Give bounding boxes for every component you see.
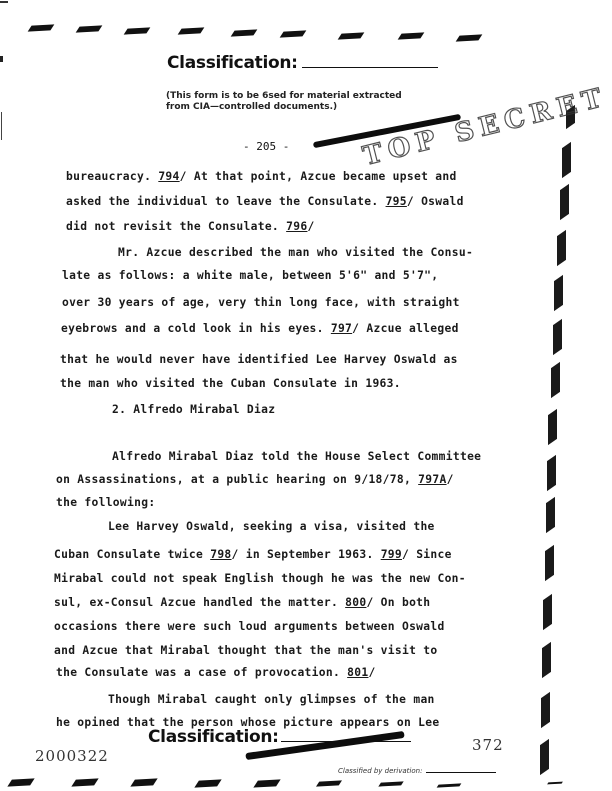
line-text: did not revisit the Consulate.: [66, 220, 286, 233]
body-line: Mirabal could not speak English though h…: [54, 572, 466, 585]
edge-mark: [178, 27, 205, 34]
line-text: / On both: [366, 596, 430, 609]
edge-mark: [557, 230, 566, 266]
edge-mark: [548, 409, 557, 445]
body-line: Cuban Consulate twice 798/ in September …: [54, 548, 452, 561]
line-text: sul, ex-Consul Azcue handled the matter.: [54, 596, 345, 609]
edge-mark: [194, 779, 221, 787]
line-text: 2. Alfredo Mirabal Diaz: [112, 403, 275, 416]
classification-label: Classification:: [167, 53, 298, 73]
line-text: occasions there were such loud arguments…: [54, 620, 445, 633]
body-line: late as follows: a white male, between 5…: [62, 269, 438, 282]
edge-mark: [554, 275, 563, 311]
edge-mark: [542, 642, 551, 678]
form-note: (This form is to be 6sed for material ex…: [166, 91, 402, 113]
footnote-ref: 797A: [418, 473, 446, 486]
footnote-ref: 801: [347, 666, 368, 679]
body-line: the man who visited the Cuban Consulate …: [60, 377, 401, 390]
edge-mark: [437, 783, 462, 787]
edge-mark: [560, 184, 569, 220]
edge-mark: [7, 778, 34, 786]
footnote-ref: 797: [331, 322, 352, 335]
footnote-ref: 796: [286, 220, 307, 233]
edge-mark: [547, 455, 556, 491]
line-text: Though Mirabal caught only glimpses of t…: [108, 693, 435, 706]
line-text: on Assassinations, at a public hearing o…: [56, 473, 418, 486]
edge-speck: [1, 112, 2, 140]
line-text: Lee Harvey Oswald, seeking a visa, visit…: [108, 520, 435, 533]
form-note-line-2: from CIA—controlled documents.): [166, 102, 402, 113]
classification-header: Classification:: [167, 53, 438, 73]
line-text: late as follows: a white male, between 5…: [62, 269, 438, 282]
edge-mark: [547, 782, 563, 785]
body-line: the following:: [56, 496, 155, 509]
edge-speck: [0, 1, 8, 3]
edge-mark: [562, 142, 571, 178]
page-number: - 205 -: [243, 140, 289, 153]
line-text: / At that point, Azcue became upset and: [180, 170, 457, 183]
edge-mark: [541, 692, 550, 728]
edge-mark: [231, 29, 258, 36]
line-text: the following:: [56, 496, 155, 509]
line-text: Mirabal could not speak English though h…: [54, 572, 466, 585]
line-text: bureaucracy.: [66, 170, 158, 183]
derivation-note: Classified by derivation:: [338, 767, 496, 775]
line-text: and Azcue that Mirabal thought that the …: [54, 644, 437, 657]
footnote-ref: 800: [345, 596, 366, 609]
body-line: 2. Alfredo Mirabal Diaz: [60, 403, 275, 416]
footnote-ref: 794: [158, 170, 179, 183]
body-line: did not revisit the Consulate. 796/: [66, 220, 315, 233]
line-text: Mr. Azcue described the man who visited …: [118, 246, 473, 259]
footnote-ref: 799: [381, 548, 402, 561]
body-line: and Azcue that Mirabal thought that the …: [54, 644, 437, 657]
body-line: bureaucracy. 794/ At that point, Azcue b…: [66, 170, 457, 183]
edge-mark: [545, 545, 554, 581]
edge-mark: [280, 30, 307, 37]
line-text: / in September 1963.: [232, 548, 381, 561]
body-line: asked the individual to leave the Consul…: [66, 195, 464, 208]
derivation-blank: [426, 771, 496, 773]
line-text: the Consulate was a case of provocation.: [56, 666, 347, 679]
form-note-line-1: (This form is to be 6sed for material ex…: [166, 91, 402, 102]
classification-label: Classification:: [148, 727, 279, 747]
line-text: Cuban Consulate twice: [54, 548, 210, 561]
line-text: the man who visited the Cuban Consulate …: [60, 377, 401, 390]
body-line: sul, ex-Consul Azcue handled the matter.…: [54, 596, 430, 609]
edge-mark: [130, 778, 157, 786]
edge-mark: [253, 779, 280, 787]
edge-mark: [540, 739, 549, 775]
edge-mark: [338, 32, 365, 39]
line-text: eyebrows and a cold look in his eyes.: [61, 322, 331, 335]
line-text: /: [368, 666, 375, 679]
edge-mark: [124, 27, 151, 34]
body-line: Lee Harvey Oswald, seeking a visa, visit…: [56, 520, 435, 533]
edge-mark: [398, 32, 425, 39]
edge-mark: [316, 780, 342, 786]
line-text: / Azcue alleged: [352, 322, 459, 335]
body-line: occasions there were such loud arguments…: [54, 620, 445, 633]
line-text: asked the individual to leave the Consul…: [66, 195, 386, 208]
body-line: on Assassinations, at a public hearing o…: [56, 473, 454, 486]
edge-mark: [28, 24, 55, 31]
body-line: Alfredo Mirabal Diaz told the House Sele…: [60, 450, 481, 463]
line-text: that he would never have identified Lee …: [60, 353, 458, 366]
edge-mark: [553, 319, 562, 355]
classification-blank: [302, 66, 438, 68]
line-text: / Oswald: [407, 195, 464, 208]
body-line: Though Mirabal caught only glimpses of t…: [56, 693, 435, 706]
edge-speck: [0, 56, 3, 62]
body-line: that he would never have identified Lee …: [60, 353, 458, 366]
edge-mark: [378, 781, 403, 786]
footnote-ref: 798: [210, 548, 231, 561]
edge-mark: [456, 34, 483, 41]
line-text: /: [447, 473, 454, 486]
edge-mark: [543, 594, 552, 630]
edge-mark: [546, 497, 555, 533]
body-line: eyebrows and a cold look in his eyes. 79…: [61, 322, 459, 335]
body-line: the Consulate was a case of provocation.…: [56, 666, 376, 679]
sheet-number: 372: [472, 736, 504, 754]
edge-mark: [71, 778, 98, 786]
derivation-label: Classified by derivation:: [338, 767, 422, 775]
line-text: over 30 years of age, very thin long fac…: [62, 296, 460, 309]
edge-mark: [76, 25, 103, 32]
line-text: / Since: [402, 548, 452, 561]
edge-mark: [551, 362, 560, 398]
line-text: /: [307, 220, 314, 233]
line-text: Alfredo Mirabal Diaz told the House Sele…: [112, 450, 481, 463]
body-line: over 30 years of age, very thin long fac…: [62, 296, 460, 309]
footnote-ref: 795: [386, 195, 407, 208]
document-id: 2000322: [35, 747, 109, 765]
body-line: Mr. Azcue described the man who visited …: [66, 246, 473, 259]
